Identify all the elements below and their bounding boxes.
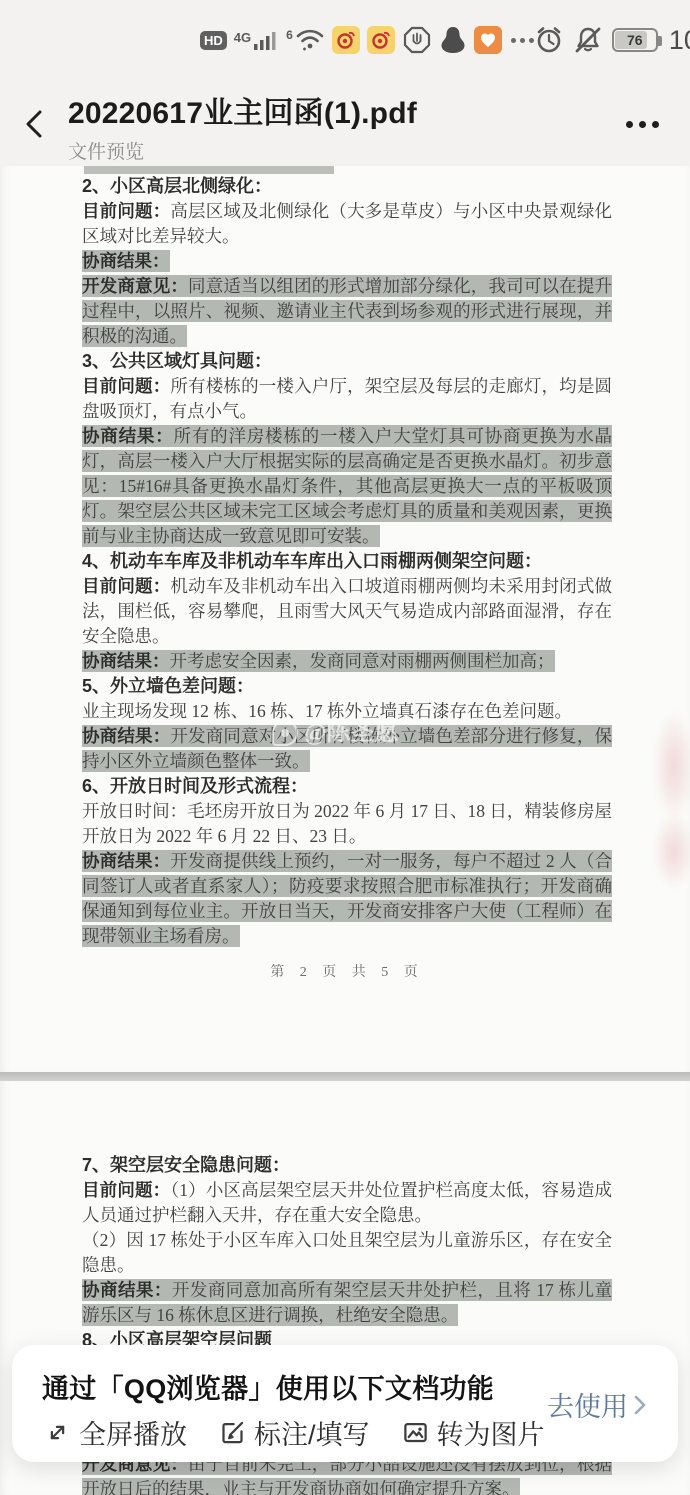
chevron-left-icon [21,107,47,141]
result-label: 协商结果： [82,251,170,271]
mute-bell-icon [573,25,603,55]
fullscreen-play-button[interactable]: 全屏播放 [44,1413,187,1452]
fullscreen-play-label: 全屏播放 [79,1413,187,1452]
weibo-notification-icon [332,26,360,54]
battery-percent-label: 76 [627,32,643,48]
clipped-highlight-line [84,166,334,174]
annotate-fill-button[interactable]: 标注/填写 [219,1413,370,1452]
issue-label: 目前问题： [82,201,170,221]
annotate-icon [219,1419,246,1446]
weibo-notification-icon [367,26,395,54]
section-heading: 3、公共区域灯具问题： [82,349,612,374]
file-title: 20220617业主回函(1).pdf [68,88,600,132]
qq-browser-promo-sheet: 通过「QQ浏览器」使用以下文档功能 去使用 全屏播放 标注/填写 转为图片 [12,1345,678,1462]
issue-label: 目前问题： [82,376,170,396]
result-label: 协商结果： [82,726,170,746]
convert-to-image-label: 转为图片 [437,1413,545,1452]
section-heading: 4、机动车车库及非机动车车库出入口雨棚两侧架空问题： [82,549,612,574]
convert-to-image-button[interactable]: 转为图片 [402,1413,545,1452]
chevron-right-icon [632,1393,648,1417]
more-options-icon [639,121,646,128]
result-label: 协商结果： [82,1280,172,1300]
alarm-clock-icon [534,25,564,55]
image-icon [402,1419,429,1446]
cellular-signal-icon: 4G [234,28,279,52]
wifi-icon: 6 [286,27,325,53]
preview-subtitle: 文件预览 [68,137,600,164]
more-options-icon [652,121,659,128]
section-heading: 7、架空层安全隐患问题： [82,1153,612,1178]
status-bar: HD 4G 6 [0,0,690,80]
issue-label: 目前问题： [82,1180,170,1200]
page-number-footer: 第 2 页 共 5 页 [82,961,612,981]
paragraph: 开放日时间：毛坯房开放日为 2022 年 6 月 17 日、18 日，精装修房屋… [82,799,612,849]
fullscreen-icon [44,1419,71,1446]
developer-opinion-label: 开发商意见： [82,276,188,296]
do-not-disturb-hand-icon [402,25,432,55]
annotate-fill-label: 标注/填写 [254,1413,370,1452]
tencent-docs-icon [474,26,502,54]
paragraph: 目前问题：机动车及非机动车出入口坡道雨棚两侧均未采用封闭式做法，围栏低，容易攀爬… [82,574,612,649]
wifi-band-label: 6 [286,29,293,41]
paragraph: 目前问题：高层区域及北侧绿化（大多是草皮）与小区中央景观绿化区域对比差异较大。 [82,199,612,249]
more-options-button[interactable] [616,106,668,142]
paragraph: 协商结果：所有的洋房楼栋的一楼入户大堂灯具可协商更换为水晶灯，高层一楼入户大厅根… [82,424,612,549]
paragraph: 协商结果：开发商提供线上预约，一对一服务，每户不超过 2 人（合同签订人或者直系… [82,849,612,949]
pdf-page-2[interactable]: 2、小区高层北侧绿化： 目前问题：高层区域及北侧绿化（大多是草皮）与小区中央景观… [0,166,690,1072]
preview-header: 20220617业主回函(1).pdf 文件预览 [0,80,690,166]
promo-title: 通过「QQ浏览器」使用以下文档功能 [42,1367,494,1406]
more-options-icon [626,121,633,128]
paragraph: 协商结果：开发商同意加高所有架空层天井处护栏，且将 17 栋儿童游乐区与 16 … [82,1278,612,1328]
back-button[interactable] [14,102,54,146]
paragraph: 目前问题：（1）小区高层架空层天井处位置护栏高度太低，容易造成人员通过护栏翻入天… [82,1178,612,1228]
hd-badge-icon: HD [200,31,227,50]
clock-label: 10:11 [669,25,690,56]
paragraph: 业主现场发现 12 栋、16 栋、17 栋外立墙真石漆存在色差问题。 [82,699,612,724]
result-text: 开考虑安全因素，发商同意对雨棚两侧围栏加高； [170,651,555,671]
status-overflow-icon [511,38,534,43]
go-use-button[interactable]: 去使用 [547,1385,648,1424]
section-heading: 2、小区高层北侧绿化： [82,174,612,199]
paragraph: 目前问题：所有楼栋的一楼入户厅，架空层及每层的走廊灯，均是圆盘吸顶灯，有点小气。 [82,374,612,424]
battery-indicator: 76 [612,28,658,52]
result-label: 协商结果： [82,426,174,446]
section-heading: 6、开放日时间及形式流程： [82,774,612,799]
paragraph: 开发商意见：同意适当以组团的形式增加部分绿化，我司可以在提升过程中，以照片、视频… [82,274,612,349]
qq-penguin-icon [439,25,467,55]
paragraph: 协商结果：开考虑安全因素，发商同意对雨棚两侧围栏加高； [82,649,612,674]
result-label: 协商结果： [82,851,170,871]
go-use-label: 去使用 [547,1385,628,1424]
issue-label: 目前问题： [82,576,170,596]
paragraph: 协商结果：开发商同意对小区所有楼栋外立墙色差部分进行修复，保持小区外立墙颜色整体… [82,724,612,774]
result-label: 协商结果： [82,651,170,671]
page-separator [0,1072,690,1081]
section-heading: 5、外立墙色差问题： [82,674,612,699]
paragraph: （2）因 17 栋处于小区车库入口处且架空层为儿童游乐区，存在安全隐患。 [82,1228,612,1278]
paragraph: 协商结果： [82,249,612,274]
network-type-label: 4G [234,31,251,44]
